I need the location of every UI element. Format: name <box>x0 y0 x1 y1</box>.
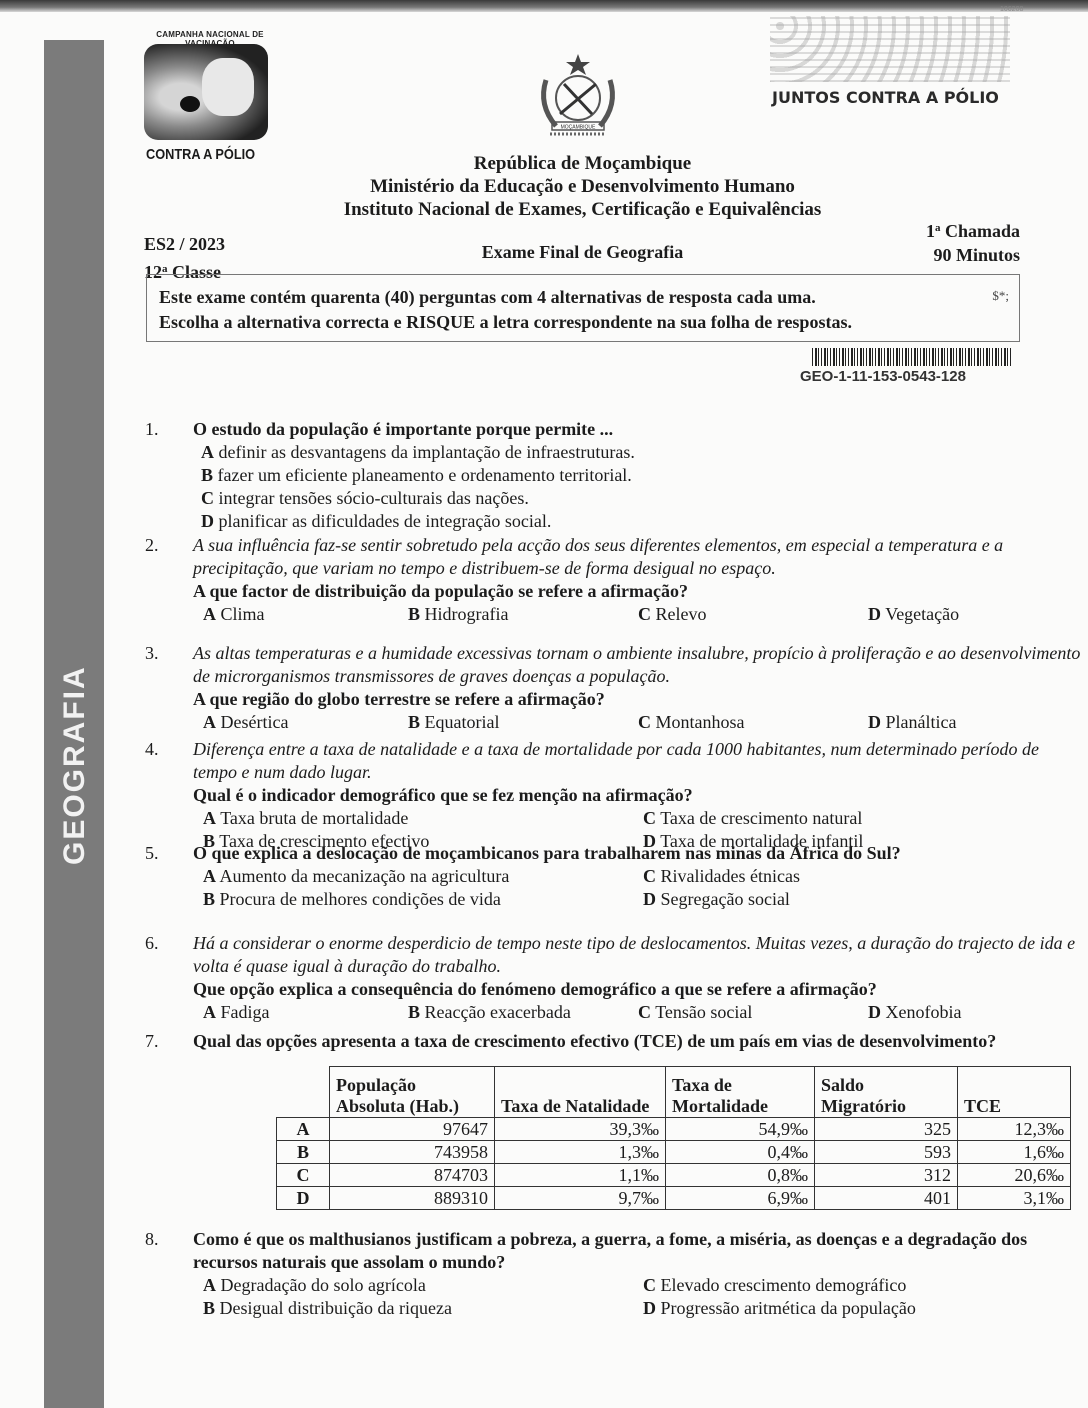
option-b[interactable]: B Equatorial <box>408 711 638 734</box>
instructions-line-1: Este exame contém quarenta (40) pergunta… <box>159 285 1007 310</box>
row-label: D <box>277 1187 330 1210</box>
question-5: 5. O que explica a deslocação de moçambi… <box>145 842 1085 911</box>
question-7: 7. Qual das opções apresenta a taxa de c… <box>145 1030 1085 1053</box>
question-stem: O estudo da população é importante porqu… <box>193 418 1085 441</box>
institute-line: Instituto Nacional de Exames, Certificaç… <box>300 198 865 221</box>
option-c[interactable]: C Relevo <box>638 603 868 626</box>
question-context: A sua influência faz-se sentir sobretudo… <box>193 534 1085 580</box>
exam-code: ES2 / 2023 <box>144 232 225 257</box>
option-a[interactable]: A Taxa bruta de mortalidade <box>203 807 643 830</box>
col-header-birth-rate: Taxa de Natalidade <box>495 1067 666 1118</box>
table-cell: 312 <box>815 1164 958 1187</box>
table-cell: 97647 <box>330 1118 495 1141</box>
question-6: 6. Há a considerar o enorme desperdicio … <box>145 932 1085 1024</box>
question-context: Há a considerar o enorme desperdicio de … <box>193 932 1085 978</box>
option-a[interactable]: A Fadiga <box>203 1001 408 1024</box>
question-stem: Como é que os malthusianos justificam a … <box>193 1228 1085 1274</box>
vaccination-photo <box>144 44 268 140</box>
question-3: 3. As altas temperaturas e a humidade ex… <box>145 642 1085 734</box>
col-header-population: População Absoluta (Hab.) <box>330 1067 495 1118</box>
option-b[interactable]: B Desigual distribuição da riqueza <box>203 1297 643 1320</box>
table-cell: 3,1‰ <box>958 1187 1071 1210</box>
option-a[interactable]: A Degradação do solo agrícola <box>203 1274 643 1297</box>
options: A Fadiga B Reacção exacerbada C Tensão s… <box>203 1001 1085 1024</box>
campaign-title: CONTRA A PÓLIO <box>146 146 255 163</box>
barcode <box>812 348 1012 366</box>
question-stem: Qual é o indicador demográfico que se fe… <box>193 784 1085 807</box>
option-a[interactable]: A Aumento da mecanização na agricultura <box>203 865 643 888</box>
call-number: 1a Chamada <box>880 216 1020 243</box>
exam-duration: 90 Minutos <box>880 243 1020 267</box>
barcode-text: GEO-1-11-153-0543-128 <box>800 368 966 385</box>
table-cell: 401 <box>815 1187 958 1210</box>
option-c[interactable]: C integrar tensões sócio-culturais das n… <box>201 487 1085 510</box>
options: A Desértica B Equatorial C Montanhosa D … <box>203 711 1085 734</box>
table-cell: 593 <box>815 1141 958 1164</box>
table-cell: 1,3‰ <box>495 1141 666 1164</box>
option-c[interactable]: C Tensão social <box>638 1001 868 1024</box>
option-b[interactable]: B fazer um eficiente planeamento e orden… <box>201 464 1085 487</box>
option-b[interactable]: B Procura de melhores condições de vida <box>203 888 643 911</box>
table-cell: 743958 <box>330 1141 495 1164</box>
exam-title: Exame Final de Geografia <box>300 242 865 263</box>
table-cell: 0,8‰ <box>666 1164 815 1187</box>
option-d[interactable]: D Planáltica <box>868 711 1088 734</box>
option-d[interactable]: D Progressão aritmética da população <box>643 1297 1083 1320</box>
table-cell: 874703 <box>330 1164 495 1187</box>
ministry-line: Ministério da Educação e Desenvolvimento… <box>300 175 865 198</box>
handwritten-mark: $*; <box>992 283 1009 308</box>
table-cell: 1,1‰ <box>495 1164 666 1187</box>
table-cell: 1,6‰ <box>958 1141 1071 1164</box>
options: A Aumento da mecanização na agricultura … <box>203 865 1085 911</box>
table-cell: 889310 <box>330 1187 495 1210</box>
question-context: As altas temperaturas e a humidade exces… <box>193 642 1085 688</box>
option-c[interactable]: C Taxa de crescimento natural <box>643 807 1083 830</box>
option-c[interactable]: C Montanhosa <box>638 711 868 734</box>
question-8: 8. Como é que os malthusianos justificam… <box>145 1228 1085 1320</box>
option-c[interactable]: C Rivalidades étnicas <box>643 865 1083 888</box>
options: A Clima B Hidrografia C Relevo D Vegetaç… <box>203 603 1085 626</box>
institution-header: República de Moçambique Ministério da Ed… <box>300 152 865 221</box>
stamp-number: 106208 <box>1000 6 1023 13</box>
table-row[interactable]: D8893109,7‰6,9‰4013,1‰ <box>277 1187 1071 1210</box>
options: A definir as desvantagens da implantação… <box>201 441 1085 533</box>
instructions-line-2: Escolha a alternativa correcta e RISQUE … <box>159 310 1007 335</box>
option-a[interactable]: A Clima <box>203 603 408 626</box>
option-d[interactable]: D planificar as dificuldades de integraç… <box>201 510 1085 533</box>
table-cell: 20,6‰ <box>958 1164 1071 1187</box>
option-d[interactable]: D Segregação social <box>643 888 1083 911</box>
subject-label: GEOGRAFIA <box>58 665 92 865</box>
row-label: A <box>277 1118 330 1141</box>
instructions-box: Este exame contém quarenta (40) pergunta… <box>146 274 1020 342</box>
security-pattern <box>770 16 1010 82</box>
table-row[interactable]: C8747031,1‰0,8‰31220,6‰ <box>277 1164 1071 1187</box>
option-b[interactable]: B Reacção exacerbada <box>408 1001 638 1024</box>
question-4: 4. Diferença entre a taxa de natalidade … <box>145 738 1085 853</box>
republic-line: República de Moçambique <box>300 152 865 175</box>
table-row[interactable]: A9764739,3‰54,9‰32512,3‰ <box>277 1118 1071 1141</box>
table-cell: 325 <box>815 1118 958 1141</box>
option-a[interactable]: A definir as desvantagens da implantação… <box>201 441 1085 464</box>
option-a[interactable]: A Desértica <box>203 711 408 734</box>
row-label: C <box>277 1164 330 1187</box>
question-stem: A que factor de distribuição da populaçã… <box>193 580 1085 603</box>
col-header-tce: TCE <box>958 1067 1071 1118</box>
table-cell: 12,3‰ <box>958 1118 1071 1141</box>
svg-text:MOÇAMBIQUE: MOÇAMBIQUE <box>561 125 596 131</box>
session-block: 1a Chamada 90 Minutos <box>880 216 1020 267</box>
question-stem: O que explica a deslocação de moçambican… <box>193 842 1085 865</box>
col-header-migration: Saldo Migratório <box>815 1067 958 1118</box>
table-row[interactable]: B7439581,3‰0,4‰5931,6‰ <box>277 1141 1071 1164</box>
table-cell: 9,7‰ <box>495 1187 666 1210</box>
scan-top-edge <box>0 0 1088 12</box>
question-1: 1. O estudo da população é importante po… <box>145 418 1085 533</box>
table-cell: 54,9‰ <box>666 1118 815 1141</box>
question-stem: A que região do globo terrestre se refer… <box>193 688 1085 711</box>
table-cell: 6,9‰ <box>666 1187 815 1210</box>
options: A Degradação do solo agrícola C Elevado … <box>203 1274 1085 1320</box>
table-cell: 39,3‰ <box>495 1118 666 1141</box>
col-header-mortality-rate: Taxa de Mortalidade <box>666 1067 815 1118</box>
question-stem: Que opção explica a consequência do fenó… <box>193 978 1085 1001</box>
question-context: Diferença entre a taxa de natalidade e a… <box>193 738 1085 784</box>
option-c[interactable]: C Elevado crescimento demográfico <box>643 1274 1083 1297</box>
option-d[interactable]: D Vegetação <box>868 603 1088 626</box>
question-2: 2. A sua influência faz-se sentir sobret… <box>145 534 1085 626</box>
tce-table: População Absoluta (Hab.) Taxa de Natali… <box>276 1066 1071 1210</box>
option-d[interactable]: D Xenofobia <box>868 1001 1088 1024</box>
question-stem: Qual das opções apresenta a taxa de cres… <box>193 1030 1085 1053</box>
mozambique-emblem-icon: MOÇAMBIQUE <box>530 50 626 144</box>
table-cell: 0,4‰ <box>666 1141 815 1164</box>
row-label: B <box>277 1141 330 1164</box>
option-b[interactable]: B Hidrografia <box>408 603 638 626</box>
campaign-slogan: JUNTOS CONTRA A PÓLIO <box>772 88 999 107</box>
